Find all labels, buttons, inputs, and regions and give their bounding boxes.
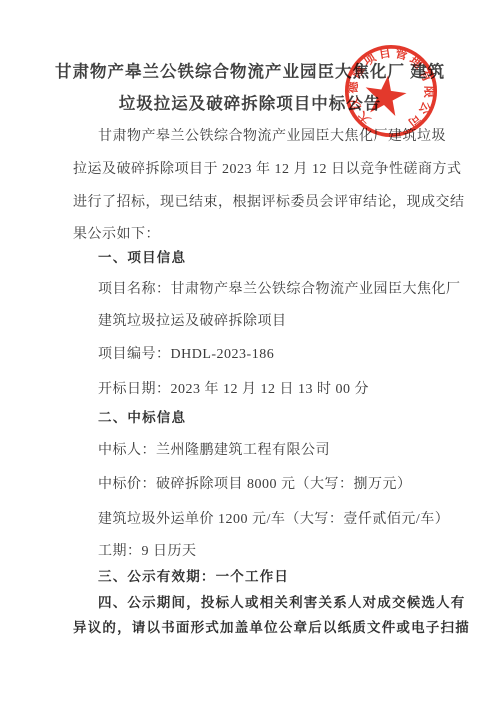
document-title-line-1: 甘肃物产皋兰公铁综合物流产业园臣大焦化厂 建筑 (0, 61, 500, 83)
objection-notice-line: 四、公示期间，投标人或相关利害关系人对成交候选人有 (98, 592, 466, 614)
intro-line: 拉运及破碎拆除项目于 2023 年 12 月 12 日以竞争性磋商方式 (73, 159, 462, 181)
section-heading-project-info: 一、项目信息 (98, 247, 186, 269)
section-heading-validity: 三、公示有效期：一个工作日 (98, 566, 289, 588)
intro-line: 果公示如下： (73, 224, 160, 246)
unit-price-line: 建筑垃圾外运单价 1200 元/车（大写：壹仟贰佰元/车） (98, 509, 449, 531)
award-price-line: 中标价：破碎拆除项目 8000 元（大写：捌万元） (98, 474, 412, 496)
project-number-line: 项目编号：DHDL-2023-186 (98, 344, 274, 366)
bid-open-date-line: 开标日期：2023 年 12 月 12 日 13 时 00 分 (98, 379, 369, 401)
objection-notice-line: 异议的，请以书面形式加盖单位公章后以纸质文件或电子扫描 (73, 617, 470, 639)
document-title-line-2: 垃圾拉运及破碎拆除项目中标公告 (0, 93, 500, 115)
document-page: 甘肃物产皋兰公铁综合物流产业园臣大焦化厂 建筑 垃圾拉运及破碎拆除项目中标公告 … (0, 0, 500, 706)
section-heading-award-info: 二、中标信息 (98, 407, 186, 429)
intro-line: 进行了招标，现已结束，根据评标委员会评审结论，现成交结 (73, 192, 465, 214)
project-name-line: 项目名称：甘肃物产皋兰公铁综合物流产业园臣大焦化厂 (98, 279, 461, 301)
intro-line: 甘肃物产皋兰公铁综合物流产业园臣大焦化厂建筑垃圾 (98, 126, 446, 148)
winner-line: 中标人：兰州隆鹏建筑工程有限公司 (98, 440, 330, 462)
seal-arc-text: 大汉德隆项目管理有限公司 (344, 45, 436, 130)
project-name-line: 建筑垃圾拉运及破碎拆除项目 (98, 311, 287, 333)
duration-line: 工期：9 日历天 (98, 541, 197, 563)
